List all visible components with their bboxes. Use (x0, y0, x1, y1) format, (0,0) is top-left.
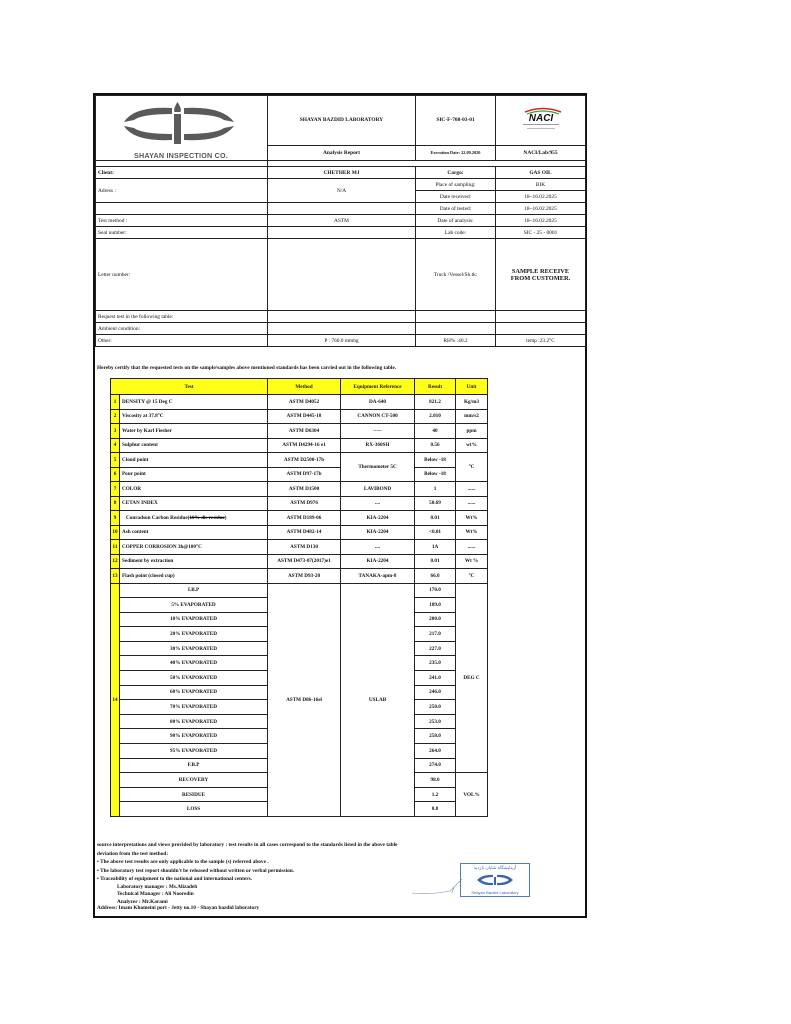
table-row: 4Sulphur contentASTM D4294-16 e1RX-360SH… (111, 438, 488, 453)
cargo-value: GAS OIL (496, 167, 586, 179)
distillation-result: 253.0 (415, 714, 456, 729)
date-received-value: 18~16.02.2025 (496, 191, 586, 203)
footer-bullet-3: • Traceability of equipment to the natio… (97, 875, 397, 884)
seal-number-label: Seal number: (96, 227, 268, 239)
distillation-result: 274.0 (415, 758, 456, 773)
row-number: 7 (111, 482, 120, 497)
test-name: COLOR (120, 482, 268, 497)
test-unit: Kg/m3 (456, 395, 488, 410)
col-header-test: Test (111, 379, 268, 395)
distillation-result: 170.0 (415, 583, 456, 598)
distillation-point: 90% EVAPORATED (120, 729, 268, 744)
distillation-result: 227.0 (415, 641, 456, 656)
equipment-reference: KIA-2204 (341, 554, 415, 569)
form-code: SIC-F-708-03-01 (416, 96, 496, 146)
test-method: ASTM D2500-17b (268, 453, 341, 468)
lab-code-label: Lab code: (416, 227, 496, 239)
row-number: 12 (111, 554, 120, 569)
row-number: 8 (111, 496, 120, 511)
test-result: Below -18 (415, 453, 456, 468)
test-unit: Wt % (456, 554, 488, 569)
test-name: Flash point (closed cup) (120, 569, 268, 584)
row-number: 9 (111, 511, 120, 526)
lab-name: SHAYAN BAZDID LABORATORY (268, 96, 416, 146)
accreditation-code: NACI/Lab/955 (496, 145, 586, 160)
table-row: 1DENSITY @ 15 Deg CASTM D4052DA-640821.2… (111, 395, 488, 410)
row-number: 5 (111, 453, 120, 468)
row-number: 11 (111, 540, 120, 555)
distillation-vol-unit: VOL% (456, 773, 488, 817)
test-name: CETAN INDEX (120, 496, 268, 511)
deviation-note: deviation from the test method: (97, 850, 397, 859)
stamp-english-text: Shayan Bazdid Laboratory (461, 890, 529, 895)
test-result: 0.01 (415, 511, 456, 526)
test-unit: ...... (456, 496, 488, 511)
distillation-equipment: USLAB (341, 583, 415, 817)
equipment-reference: RX-360SH (341, 438, 415, 453)
test-method: ASTM D6304 (268, 424, 341, 439)
distillation-result: 264.0 (415, 744, 456, 759)
temp-value: temp :23.2°C (496, 335, 586, 347)
test-method: ASTM D189-06 (268, 511, 341, 526)
row-number: 1 (111, 395, 120, 410)
report-header-table: SHAYAN INSPECTION CO. SHAYAN BAZDID LABO… (95, 95, 586, 347)
distillation-temp-unit: DEG C (456, 583, 488, 773)
test-name: COPPER CORROSION 3h@100°C (120, 540, 268, 555)
test-results-table: Test Method Equipment Reference Result U… (110, 378, 488, 817)
svg-text:NACI: NACI (528, 113, 553, 124)
distillation-point: 80% EVAPORATED (120, 714, 268, 729)
place-of-sampling-label: Place of sampling: (416, 179, 496, 191)
test-name: Ash content (120, 525, 268, 540)
distillation-result: 189.0 (415, 598, 456, 613)
test-name: Conradson Carbon Residue(10% dis residue… (120, 511, 268, 526)
equipment-reference: .... (341, 496, 415, 511)
distillation-result: 258.0 (415, 729, 456, 744)
letter-number-label: Letter number: (96, 239, 268, 311)
distillation-point: I.B.P (120, 583, 268, 598)
test-name: Sulphur content (120, 438, 268, 453)
test-method: ASTM D4052 (268, 395, 341, 410)
test-result: 1 (415, 482, 456, 497)
table-row: 13Flash point (closed cup)ASTM D93-20TAN… (111, 569, 488, 584)
equipment-reference: KIA-2204 (341, 511, 415, 526)
table-row: 2Viscosity at 37.8°CASTM D445-18CANNON C… (111, 409, 488, 424)
table-row: 8CETAN INDEXASTM D976....50.69...... (111, 496, 488, 511)
address-value: N/A (268, 179, 416, 203)
distillation-point: 95% EVAPORATED (120, 744, 268, 759)
test-method: ASTM D976 (268, 496, 341, 511)
truck-label: Truck /Vessel/Sh.tk: (416, 239, 496, 311)
test-result: 0.01 (415, 554, 456, 569)
company-logo-cell: SHAYAN INSPECTION CO. (96, 96, 268, 161)
test-result: 1A (415, 540, 456, 555)
naci-logo-cell: NACI (496, 96, 586, 146)
distillation-result: 1.2 (415, 787, 456, 802)
test-method: ASTM D482-14 (268, 525, 341, 540)
truck-value: SAMPLE RECEIVE FROM CUSTOMER. (496, 239, 586, 311)
certify-statement: Hereby certify that the requested tests … (97, 365, 396, 371)
row-number: 13 (111, 569, 120, 584)
test-name: Sediment by extraction (120, 554, 268, 569)
equipment-reference: CANNON CT-500 (341, 409, 415, 424)
date-analysis-label: Date of analysis: (416, 215, 496, 227)
test-method: ASTM D97-17b (268, 467, 341, 482)
table-row: 12Sediment by extractionASTM D473-07(201… (111, 554, 488, 569)
test-name: Viscosity at 37.8°C (120, 409, 268, 424)
table-row: 3Water by Karl FiesherASTM D6304-----40p… (111, 424, 488, 439)
test-unit: ...... (456, 540, 488, 555)
footer-bullet-1: • The above test results are only applic… (97, 858, 397, 867)
lab-stamp: آزمایشگاه شایان بازدید Shayan Bazdid Lab… (460, 863, 530, 897)
col-header-unit: Unit (456, 379, 488, 395)
test-method: ASTM D130 (268, 540, 341, 555)
distillation-point: 70% EVAPORATED (120, 700, 268, 715)
distillation-result: 98.0 (415, 773, 456, 788)
distillation-point: 50% EVAPORATED (120, 671, 268, 686)
client-value: CHETHER MJ (268, 167, 416, 179)
client-label: Client: (96, 167, 268, 179)
test-unit: °C (456, 453, 488, 482)
row-number: 3 (111, 424, 120, 439)
test-unit: ppm (456, 424, 488, 439)
distillation-point: 30% EVAPORATED (120, 641, 268, 656)
request-test-label: Request test in the following table: (96, 311, 268, 323)
row-number: 6 (111, 467, 120, 482)
row-number: 10 (111, 525, 120, 540)
table-row: 10Ash contentASTM D482-14KIA-2204<0.01Wt… (111, 525, 488, 540)
test-result: 821.2 (415, 395, 456, 410)
col-header-equipment: Equipment Reference (341, 379, 415, 395)
place-of-sampling-value: BIK (496, 179, 586, 191)
report-title: Analysis Report (268, 145, 416, 160)
execution-date: Execution Date: 22.09.2020 (416, 145, 496, 160)
distillation-point: 5% EVAPORATED (120, 598, 268, 613)
table-row: 5Cloud pointASTM D2500-17bThermometer 5C… (111, 453, 488, 468)
test-method-label: Test method : (96, 215, 268, 227)
distillation-result: 250.0 (415, 700, 456, 715)
rh-value: RH% :40.2 (416, 335, 496, 347)
distillation-point: 60% EVAPORATED (120, 685, 268, 700)
distillation-point: F.B.P (120, 758, 268, 773)
stamp-persian-text: آزمایشگاه شایان بازدید (461, 865, 529, 871)
date-received-label: Date received: (416, 191, 496, 203)
other-label: Other: (96, 335, 268, 347)
test-method: ASTM D93-20 (268, 569, 341, 584)
pressure-value: P : 760.0 mmhg (268, 335, 416, 347)
distillation-point: RECOVERY (120, 773, 268, 788)
test-method: ASTM D445-18 (268, 409, 341, 424)
test-result: 40 (415, 424, 456, 439)
table-row: 9Conradson Carbon Residue(10% dis residu… (111, 511, 488, 526)
source-note: source interpretations and views provide… (97, 841, 397, 850)
row-number: 2 (111, 409, 120, 424)
test-method: ASTM D1500 (268, 482, 341, 497)
test-name: DENSITY @ 15 Deg C (120, 395, 268, 410)
equipment-reference: .... (341, 540, 415, 555)
lab-code-value: SIC - 25 - 0001 (496, 227, 586, 239)
col-header-result: Result (415, 379, 456, 395)
distillation-result: 200.0 (415, 612, 456, 627)
equipment-reference: LAVIBOND (341, 482, 415, 497)
distillation-result: 241.0 (415, 671, 456, 686)
sic-logo-icon (114, 100, 244, 148)
distillation-result: 0.8 (415, 802, 456, 817)
test-name: Pour point (120, 467, 268, 482)
distillation-point: RESIDUE (120, 787, 268, 802)
test-result: 2.010 (415, 409, 456, 424)
distillation-row: 14I.B.PASTM D86-16elUSLAB170.0DEG C (111, 583, 488, 598)
test-result: 66.0 (415, 569, 456, 584)
test-result: <0.01 (415, 525, 456, 540)
lab-address: Address: Imam Khomeini port - Jetty no.1… (97, 905, 397, 912)
lab-manager: Laboratory manager : Ms.Alizadeh (97, 884, 397, 892)
address-label: Adress : (96, 179, 268, 203)
test-unit: wt% (456, 438, 488, 453)
cargo-label: Cargo: (416, 167, 496, 179)
distillation-point: 40% EVAPORATED (120, 656, 268, 671)
technical-manager: Technical Manager : Ali Nooredin (97, 891, 397, 899)
equipment-reference: KIA-2204 (341, 525, 415, 540)
row-number: 14 (111, 583, 120, 817)
test-unit: mm/s2 (456, 409, 488, 424)
row-number: 4 (111, 438, 120, 453)
distillation-result: 217.0 (415, 627, 456, 642)
test-result: Below -18 (415, 467, 456, 482)
table-row: 11COPPER CORROSION 3h@100°CASTM D130....… (111, 540, 488, 555)
table-row: 7COLORASTM D1500LAVIBOND1...... (111, 482, 488, 497)
equipment-reference: TANAKA-apm-8 (341, 569, 415, 584)
test-name: Cloud point (120, 453, 268, 468)
distillation-point: 20% EVAPORATED (120, 627, 268, 642)
ambient-label: Ambient condition: (96, 323, 268, 335)
test-result: 0.56 (415, 438, 456, 453)
distillation-method: ASTM D86-16el (268, 583, 341, 817)
date-tested-value: 18~16.02.2025 (496, 203, 586, 215)
naci-logo-icon: NACI (511, 106, 571, 134)
analysis-report-page: SHAYAN INSPECTION CO. SHAYAN BAZDID LABO… (93, 93, 587, 918)
test-name: Water by Karl Fiesher (120, 424, 268, 439)
distillation-result: 235.0 (415, 656, 456, 671)
equipment-reference: ----- (341, 424, 415, 439)
test-unit: ...... (456, 482, 488, 497)
date-analysis-value: 18~16.02.2025 (496, 215, 586, 227)
test-unit: Wt% (456, 511, 488, 526)
equipment-reference: Thermometer 5C (341, 453, 415, 482)
date-tested-label: Date of tested: (416, 203, 496, 215)
stamp-logo-icon (475, 874, 515, 886)
company-name: SHAYAN INSPECTION CO. (96, 151, 266, 160)
report-footer: source interpretations and views provide… (97, 841, 397, 912)
table-row: 6Pour pointASTM D97-17bBelow -18 (111, 467, 488, 482)
col-header-method: Method (268, 379, 341, 395)
distillation-result: 246.0 (415, 685, 456, 700)
footer-bullet-2: • The laboratory test report shouldn't b… (97, 867, 397, 876)
test-result: 50.69 (415, 496, 456, 511)
test-method: ASTM D4294-16 e1 (268, 438, 341, 453)
struck-text: 10% dis residue (189, 515, 224, 521)
test-unit: °C (456, 569, 488, 584)
test-method-value: ASTM (268, 215, 416, 227)
distillation-point: 10% EVAPORATED (120, 612, 268, 627)
equipment-reference: DA-640 (341, 395, 415, 410)
distillation-point: LOSS (120, 802, 268, 817)
test-unit: Wt% (456, 525, 488, 540)
test-method: ASTM D473-07(2017)e1 (268, 554, 341, 569)
